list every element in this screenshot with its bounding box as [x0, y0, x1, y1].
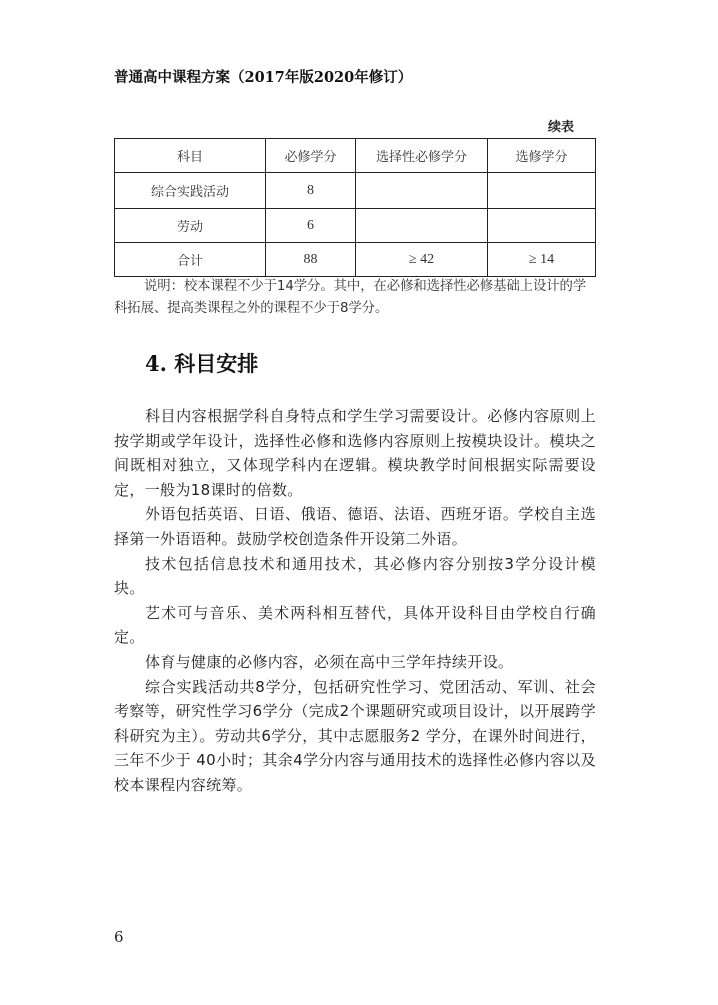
table-cell: ≥ 42 [356, 243, 488, 277]
table-cell [488, 173, 596, 209]
table-cell: 6 [266, 209, 356, 243]
column-header: 选择性必修学分 [356, 139, 488, 173]
table-header-row: 科目 必修学分 选择性必修学分 选修学分 [115, 139, 596, 173]
paragraph: 综合实践活动共8学分，包括研究性学习、党团活动、军训、社会考察等，研究性学习6学… [114, 675, 596, 798]
paragraph: 技术包括信息技术和通用技术，其必修内容分别按3学分设计模块。 [114, 552, 596, 601]
paragraph: 科目内容根据学科自身特点和学生学习需要设计。必修内容原则上按学期或学年设计，选择… [114, 404, 596, 502]
table-cell: 合计 [115, 243, 266, 277]
column-header: 选修学分 [488, 139, 596, 173]
table-note: 说明：校本课程不少于14学分。其中，在必修和选择性必修基础上设计的学科拓展、提高… [114, 276, 596, 320]
table-row: 综合实践活动 8 [115, 173, 596, 209]
column-header: 必修学分 [266, 139, 356, 173]
table-cell: 劳动 [115, 209, 266, 243]
paragraph: 外语包括英语、日语、俄语、德语、法语、西班牙语。学校自主选择第一外语语种。鼓励学… [114, 502, 596, 551]
table-cell [356, 209, 488, 243]
table-row-total: 合计 88 ≥ 42 ≥ 14 [115, 243, 596, 277]
column-header: 科目 [115, 139, 266, 173]
section-heading: 4. 科目安排 [145, 348, 258, 378]
table-cell: ≥ 14 [488, 243, 596, 277]
table-cell: 综合实践活动 [115, 173, 266, 209]
table-cell [356, 173, 488, 209]
table-cell: 8 [266, 173, 356, 209]
table-cell [488, 209, 596, 243]
paragraph: 体育与健康的必修内容，必须在高中三学年持续开设。 [114, 650, 596, 675]
table-cell: 88 [266, 243, 356, 277]
credit-table: 科目 必修学分 选择性必修学分 选修学分 综合实践活动 8 劳动 6 合计 88… [114, 138, 596, 277]
running-header: 普通高中课程方案（2017年版2020年修订） [114, 66, 412, 87]
section-body: 科目内容根据学科自身特点和学生学习需要设计。必修内容原则上按学期或学年设计，选择… [114, 404, 596, 798]
page-number: 6 [114, 928, 124, 946]
table-row: 劳动 6 [115, 209, 596, 243]
paragraph: 艺术可与音乐、美术两科相互替代，具体开设科目由学校自行确定。 [114, 601, 596, 650]
table-continued-label: 续表 [548, 116, 574, 135]
